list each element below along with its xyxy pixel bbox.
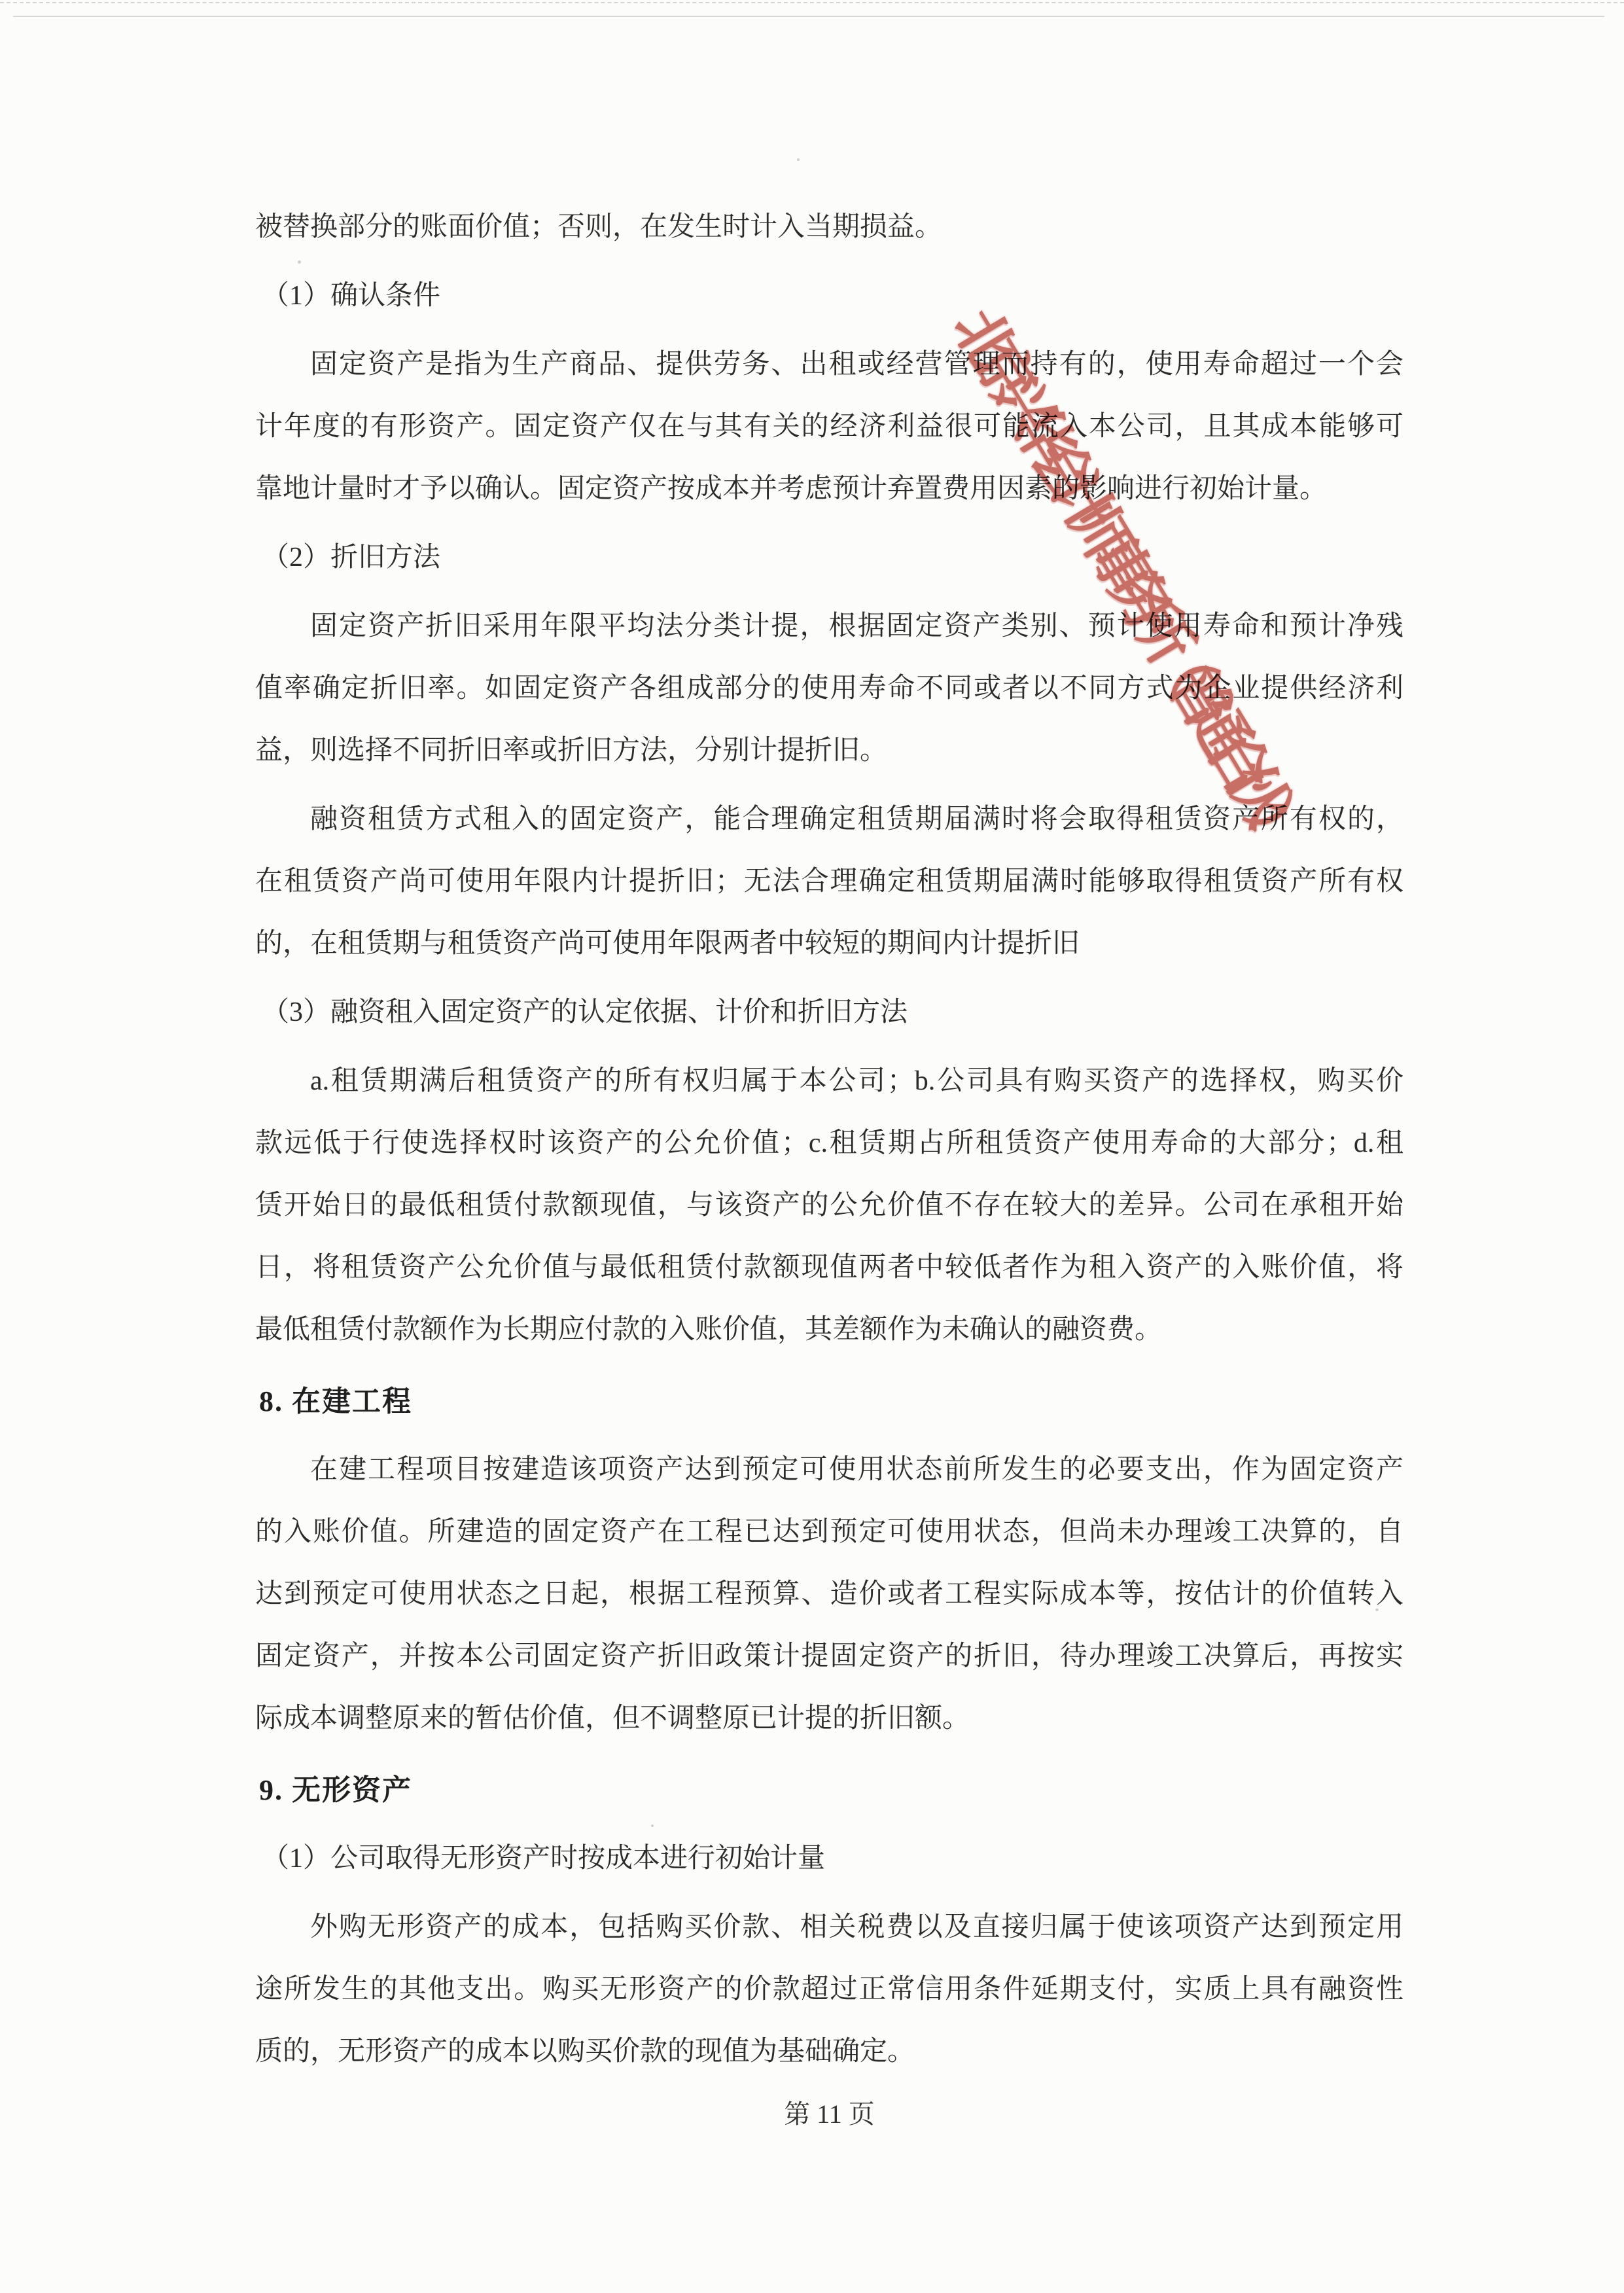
text-line: 款远低于行使选择权时该资产的公允价值；c.租赁期占所租赁资产使用寿命的大部分；d… [255, 1112, 1403, 1175]
sub-heading: （3）融资租入固定资产的认定依据、计价和折旧方法 [255, 982, 1403, 1044]
text-line: 最低租赁付款额作为长期应付款的入账价值，其差额作为未确认的融资费。 [255, 1299, 1403, 1361]
text-line: 固定资产，并按本公司固定资产折旧政策计提固定资产的折旧，待办理竣工决算后，再按实 [255, 1626, 1403, 1688]
text-line: 被替换部分的账面价值；否则，在发生时计入当期损益。 [255, 196, 1403, 258]
text-line: 在租赁资产尚可使用年限内计提折旧；无法合理确定租赁期届满时能够取得租赁资产所有权 [255, 851, 1403, 913]
text-line: 日，将租赁资产公允价值与最低租赁付款额现值两者中较低者作为租入资产的入账价值，将 [255, 1237, 1403, 1299]
text-line: 赁开始日的最低租赁付款额现值，与该资产的公允价值不存在较大的差异。公司在承租开始 [255, 1175, 1403, 1237]
text-line: 质的，无形资产的成本以购买价款的现值为基础确定。 [255, 2021, 1403, 2083]
text-line: 靠地计量时才予以确认。固定资产按成本并考虑预计弃置费用因素的影响进行初始计量。 [255, 458, 1403, 520]
scan-artifact-line [0, 2, 1624, 3]
scan-speck [797, 158, 800, 161]
text-line: 益，则选择不同折旧率或折旧方法，分别计提折旧。 [255, 720, 1403, 782]
sub-heading: （1）确认条件 [255, 265, 1403, 327]
text-line: 固定资产折旧采用年限平均法分类计提，根据固定资产类别、预计使用寿命和预计净残 [255, 595, 1403, 658]
text-line: 际成本调整原来的暂估价值，但不调整原已计提的折旧额。 [255, 1688, 1403, 1750]
text-line: a.租赁期满后租赁资产的所有权归属于本公司；b.公司具有购买资产的选择权，购买价 [255, 1050, 1403, 1112]
sub-heading: （1）公司取得无形资产时按成本进行初始计量 [255, 1828, 1403, 1890]
sub-heading: （2）折旧方法 [255, 527, 1403, 589]
text-line: 途所发生的其他支出。购买无形资产的价款超过正常信用条件延期支付，实质上具有融资性 [255, 1959, 1403, 2021]
text-line: 固定资产是指为生产商品、提供劳务、出租或经营管理而持有的，使用寿命超过一个会 [255, 334, 1403, 396]
text-line: 外购无形资产的成本，包括购买价款、相关税费以及直接归属于使该项资产达到预定用 [255, 1896, 1403, 1959]
text-line: 融资租赁方式租入的固定资产，能合理确定租赁期届满时将会取得租赁资产所有权的， [255, 789, 1403, 851]
text-line: 的入账价值。所建造的固定资产在工程已达到预定可使用状态，但尚未办理竣工决算的，自 [255, 1501, 1403, 1563]
text-line: 的，在租赁期与租赁资产尚可使用年限两者中较短的期间内计提折旧 [255, 913, 1403, 975]
text-line: 在建工程项目按建造该项资产达到预定可使用状态前所发生的必要支出，作为固定资产 [255, 1439, 1403, 1501]
page-number: 第 11 页 [255, 2083, 1403, 2145]
scan-artifact-line [13, 16, 1604, 17]
text-line: 达到预定可使用状态之日起，根据工程预算、造价或者工程实际成本等，按估计的价值转入 [255, 1563, 1403, 1626]
section-heading: 9. 无形资产 [255, 1759, 1403, 1821]
text-line: 计年度的有形资产。固定资产仅在与其有关的经济利益很可能流入本公司，且其成本能够可 [255, 396, 1403, 458]
section-heading: 8. 在建工程 [255, 1370, 1403, 1432]
document-page: 被替换部分的账面价值；否则，在发生时计入当期损益。（1）确认条件固定资产是指为生… [0, 0, 1624, 2293]
document-text-column: 被替换部分的账面价值；否则，在发生时计入当期损益。（1）确认条件固定资产是指为生… [255, 196, 1403, 2145]
text-line: 值率确定折旧率。如固定资产各组成部分的使用寿命不同或者以不同方式为企业提供经济利 [255, 658, 1403, 720]
